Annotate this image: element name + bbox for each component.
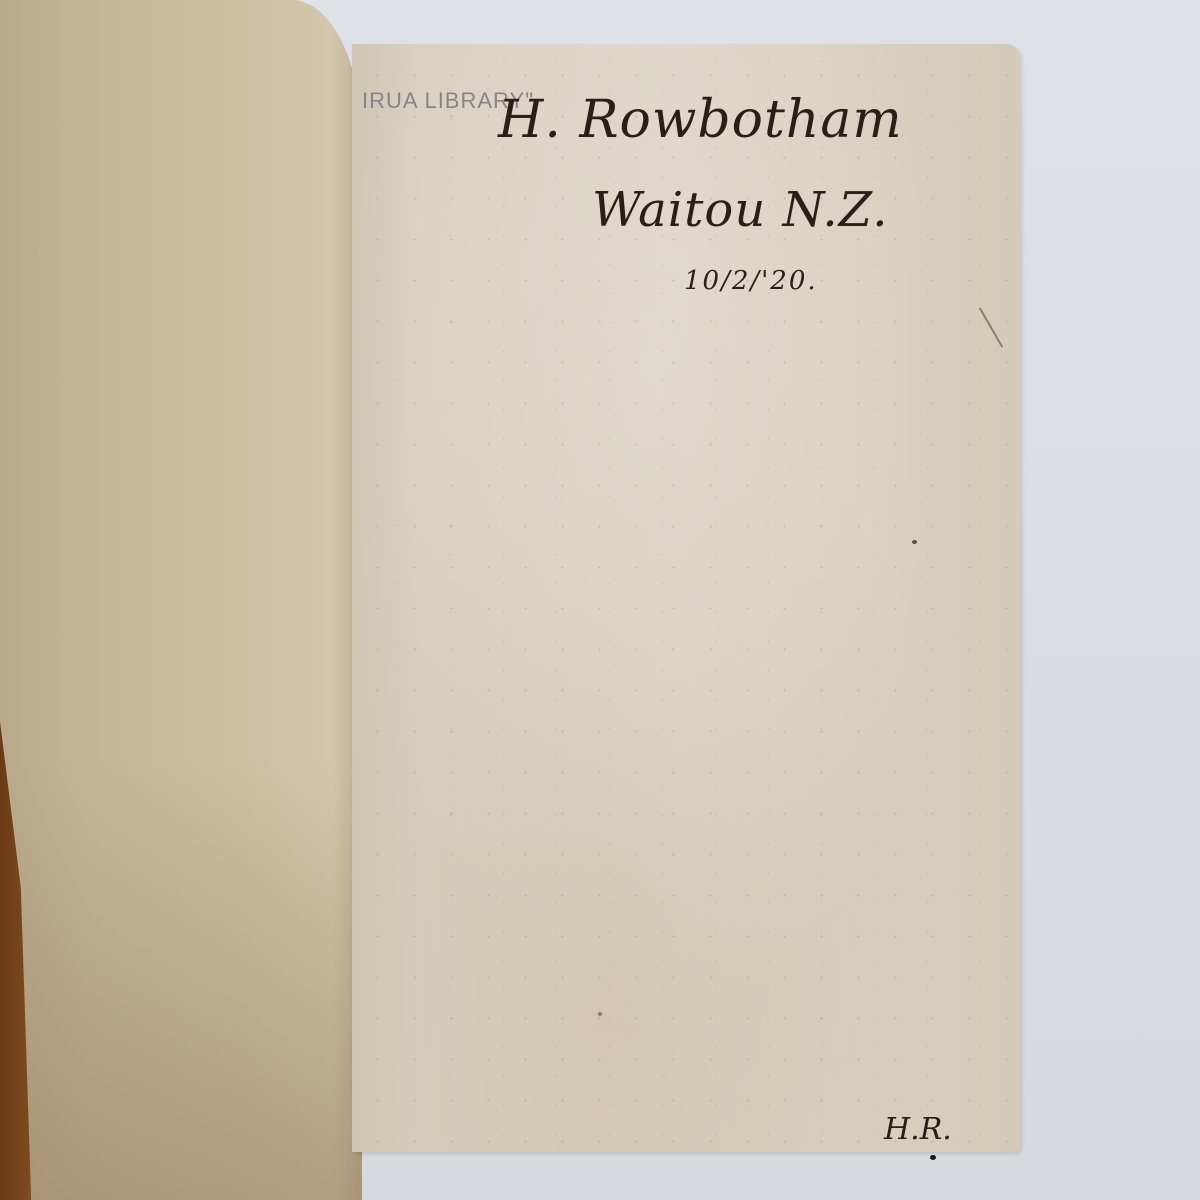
left-page-shadow xyxy=(0,760,362,1200)
inscription-name: H. Rowbotham xyxy=(498,90,903,150)
foxing-spot xyxy=(912,540,917,544)
ink-blot xyxy=(930,1155,936,1160)
inscription-date: 10/2/'20. xyxy=(684,266,818,296)
inscription-place: Waitou N.Z. xyxy=(592,182,888,238)
foxing-spot xyxy=(598,1012,602,1016)
initials: H.R. xyxy=(884,1112,952,1147)
